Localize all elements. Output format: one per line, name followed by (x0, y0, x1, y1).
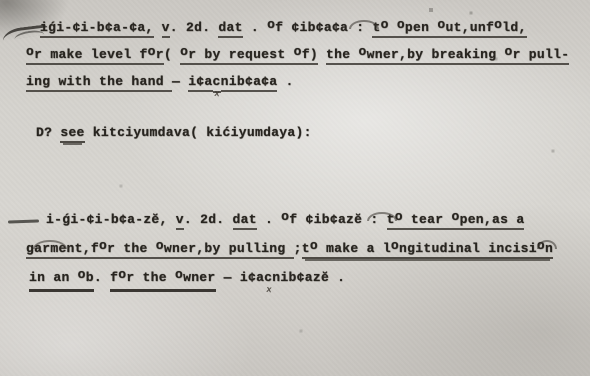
text-segment (318, 47, 326, 63)
text: ( (164, 47, 180, 62)
typed-line-entry1-line1: iǵi-¢i-b¢a-¢a, v. 2d. dat . of ¢ib¢a¢a :… (40, 20, 527, 36)
text-segment: D? (36, 125, 60, 141)
text: i-ǵi-¢i-b¢a-zĕ, (46, 212, 168, 227)
text-segment (168, 212, 176, 228)
text: . 2d. (170, 20, 219, 35)
text: — i¢a (216, 270, 265, 285)
text-segment: i-ǵi-¢i-b¢a-zĕ, (46, 212, 168, 228)
scanned-dictionary-page: iǵi-¢i-b¢a-¢a, v. 2d. dat . of ¢ib¢a¢a :… (0, 0, 590, 376)
text (154, 20, 162, 35)
text: . (329, 270, 345, 285)
typed-line-dline: D? see kitciyumdava( kićiyumdaya): (36, 125, 312, 141)
text: v (162, 20, 170, 35)
text: for the owner (110, 267, 215, 286)
text-segment: v (176, 212, 184, 230)
typed-line-entry2-line2: garment,for the owner,by pulling ;to mak… (26, 241, 553, 257)
pencil-x-mark: x (265, 282, 273, 299)
text: nib¢a¢a (221, 74, 278, 89)
text: in an ob (29, 267, 94, 286)
text: ing with the hand (26, 74, 172, 89)
text-segment: ( (164, 47, 180, 63)
text: ; (294, 241, 302, 256)
typed-line-entry1-line3: ing with the hand — i¢acxnib¢a¢a . (26, 74, 294, 93)
text-segment: in an ob (29, 270, 94, 292)
text-segment: ing with the hand (26, 74, 172, 92)
text-segment: . (277, 74, 293, 90)
text-segment: cx (213, 74, 221, 93)
text: v (176, 212, 184, 227)
text-segment: to tear open,as a (387, 212, 525, 230)
text-segment: garment,for the owner,by pulling (26, 241, 294, 259)
pencil-dash-mark (8, 219, 39, 223)
text-segment: dat (233, 212, 257, 230)
text: — (172, 74, 188, 89)
text: . (94, 270, 110, 285)
text-segment: — (172, 74, 188, 90)
text-segment: nib¢azĕ (272, 270, 329, 286)
text: to open out,unfold, (372, 17, 526, 36)
text-segment: or by request of) (180, 47, 318, 65)
text-segment: to make a longitudinal incision (302, 241, 553, 259)
text-segment: . 2d. (170, 20, 219, 36)
text-segment (154, 20, 162, 36)
text-segment: for the owner (110, 270, 215, 292)
text: dat (233, 212, 257, 227)
text: or make level for (26, 44, 164, 63)
text-segment: iǵi-¢i-b¢a-¢a, (40, 20, 154, 38)
text: kitciyumdava( kićiyumdaya): (85, 125, 312, 140)
paper-speckles (0, 0, 2, 2)
text: . (277, 74, 293, 89)
text-segment: the owner,by breaking or pull- (326, 47, 569, 65)
text-segment: nib¢a¢a (221, 74, 278, 92)
pencil-x-mark: x (213, 86, 221, 103)
text: see (60, 125, 84, 140)
text: nib¢azĕ (272, 270, 329, 285)
text-segment: see (60, 125, 84, 143)
text: or by request of) (180, 44, 318, 63)
text (318, 47, 326, 62)
text-segment: dat (218, 20, 242, 38)
text-segment: ; (294, 241, 302, 257)
text-segment: to open out,unfold, (372, 20, 526, 38)
text-segment: i¢a (188, 74, 212, 92)
typed-line-entry2-line1: i-ǵi-¢i-b¢a-zĕ, v. 2d. dat . of ¢ib¢azĕ … (46, 212, 524, 228)
text: iǵi-¢i-b¢a-¢a, (40, 20, 154, 35)
text-segment: cx (264, 270, 272, 287)
typed-line-entry2-line3: in an ob. for the owner — i¢acxnib¢azĕ . (29, 270, 345, 287)
text: D? (36, 125, 60, 140)
text: to tear open,as a (387, 209, 525, 228)
text-segment: . 2d. (184, 212, 233, 228)
text-segment: — i¢a (216, 270, 265, 286)
text-segment: . (329, 270, 345, 286)
typed-line-entry1-line2: or make level for( or by request of) the… (26, 47, 569, 63)
text: the owner,by breaking or pull- (326, 44, 569, 63)
text: dat (218, 20, 242, 35)
text: . 2d. (184, 212, 233, 227)
text (168, 212, 176, 227)
text-segment: . (94, 270, 110, 286)
pencil-arc-mark (537, 240, 557, 249)
text-segment: v (162, 20, 170, 38)
text: i¢a (188, 74, 212, 89)
text-segment: or make level for (26, 47, 164, 65)
text-segment: kitciyumdava( kićiyumdaya): (85, 125, 312, 141)
text: to make a longitudinal incision (302, 238, 553, 257)
